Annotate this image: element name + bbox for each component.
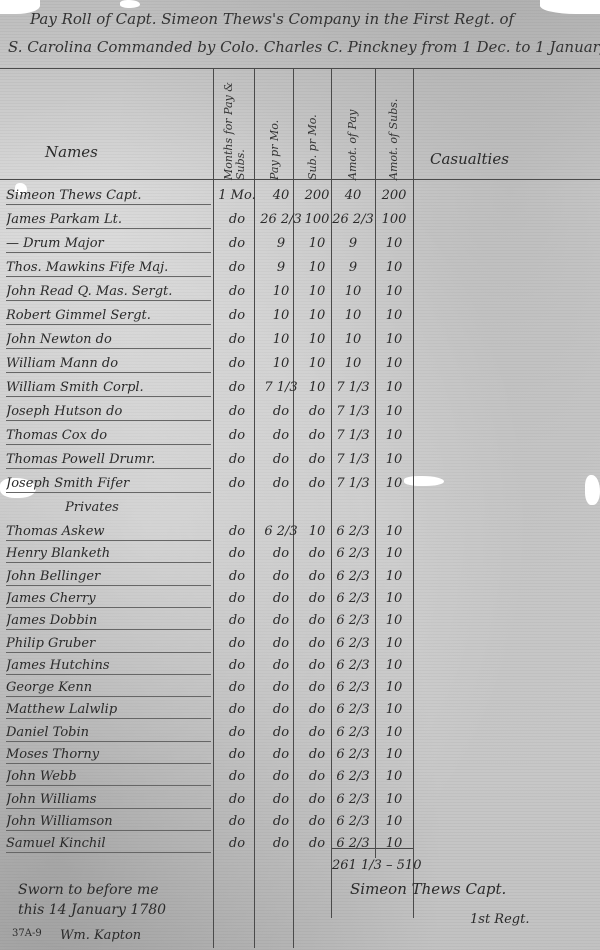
table-row: William Mann dodo10101010 (0, 354, 415, 376)
pay-cell: do (259, 725, 303, 740)
table-row: Moses Thornydododo6 2/310 (0, 745, 415, 767)
table-row: William Smith Corpl.do7 1/3107 1/310 (0, 378, 415, 400)
subs-cell: 10 (303, 308, 331, 323)
amount-subs-cell: 10 (375, 613, 413, 628)
amount-subs-cell: 10 (375, 452, 413, 467)
amount-subs-cell: 10 (375, 380, 413, 395)
amount-subs-cell: 10 (375, 308, 413, 323)
soldier-name: James Dobbin (6, 613, 211, 630)
subs-cell: 10 (303, 380, 331, 395)
totals-row: 261 1/3 – 510 (332, 858, 421, 873)
amount-pay-cell: 7 1/3 (331, 452, 375, 467)
months-cell: do (215, 725, 259, 740)
subs-cell: do (303, 636, 331, 651)
amount-pay-cell: 6 2/3 (331, 636, 375, 651)
table-row: James Parkam Lt.do26 2/310026 2/3100 (0, 210, 415, 232)
subs-cell: do (303, 658, 331, 673)
amount-subs-cell: 10 (375, 747, 413, 762)
pay-cell: 10 (259, 356, 303, 371)
pay-cell: do (259, 404, 303, 419)
soldier-name: Daniel Tobin (6, 725, 211, 742)
soldier-name: John Williamson (6, 814, 211, 831)
amount-pay-cell: 6 2/3 (331, 792, 375, 807)
soldier-name: James Hutchins (6, 658, 211, 675)
regiment-note: 1st Regt. (470, 912, 529, 927)
months-cell: do (215, 591, 259, 606)
amount-subs-cell: 10 (375, 792, 413, 807)
months-cell: do (215, 680, 259, 695)
subs-cell: 10 (303, 356, 331, 371)
months-cell: do (215, 836, 259, 851)
amount-subs-column-header: Amot. of Subs. (375, 80, 413, 180)
table-row: Robert Gimmel Sergt.do10101010 (0, 306, 415, 328)
sworn-line-2: this 14 January 1780 (18, 900, 166, 920)
captain-signature: Simeon Thews Capt. (350, 880, 506, 898)
subs-cell: do (303, 814, 331, 829)
table-row: James Cherrydododo6 2/310 (0, 589, 415, 611)
months-cell: do (215, 332, 259, 347)
amount-subs-cell: 10 (375, 404, 413, 419)
amount-pay-cell: 6 2/3 (331, 613, 375, 628)
subs-cell: do (303, 546, 331, 561)
soldier-name: — Drum Major (6, 236, 211, 253)
soldier-name: Thomas Powell Drumr. (6, 452, 211, 469)
table-row: Joseph Hutson dodododo7 1/310 (0, 402, 415, 424)
pay-cell: 26 2/3 (259, 212, 303, 227)
amount-pay-cell: 6 2/3 (331, 769, 375, 784)
subs-cell: do (303, 836, 331, 851)
amount-pay-cell: 7 1/3 (331, 476, 375, 491)
document-title-line-2: S. Carolina Commanded by Colo. Charles C… (8, 38, 568, 56)
table-row: Samuel Kinchildododo6 2/310 (0, 834, 415, 856)
pay-cell: do (259, 428, 303, 443)
table-row: — Drum Majordo910910 (0, 234, 415, 256)
subs-cell: 200 (303, 188, 331, 203)
subs-cell: do (303, 702, 331, 717)
soldier-name: Matthew Lalwlip (6, 702, 211, 719)
sworn-line-1: Sworn to before me (18, 880, 166, 900)
amount-subs-cell: 10 (375, 356, 413, 371)
amount-subs-cell: 10 (375, 428, 413, 443)
names-column-header: Names (45, 143, 98, 161)
pay-cell: do (259, 814, 303, 829)
amount-pay-cell: 6 2/3 (331, 836, 375, 851)
amount-pay-cell: 7 1/3 (331, 404, 375, 419)
months-cell: do (215, 546, 259, 561)
amount-pay-cell: 7 1/3 (331, 428, 375, 443)
months-cell: 1 Mo. (215, 188, 259, 203)
amount-subs-cell: 200 (375, 188, 413, 203)
amount-subs-cell: 10 (375, 836, 413, 851)
soldier-name: John Webb (6, 769, 211, 786)
amount-pay-cell: 7 1/3 (331, 380, 375, 395)
amount-pay-cell: 10 (331, 356, 375, 371)
table-row: Simeon Thews Capt.1 Mo.4020040200 (0, 186, 415, 208)
amount-pay-cell: 9 (331, 236, 375, 251)
table-row: John Bellingerdododo6 2/310 (0, 567, 415, 589)
soldier-name: George Kenn (6, 680, 211, 697)
pay-cell: 6 2/3 (259, 524, 303, 539)
table-row: Daniel Tobindododo6 2/310 (0, 723, 415, 745)
pay-cell: do (259, 476, 303, 491)
paper-hole (585, 475, 600, 505)
amount-pay-cell: 6 2/3 (331, 680, 375, 695)
pay-cell: do (259, 569, 303, 584)
soldier-name: Henry Blanketh (6, 546, 211, 563)
amount-subs-cell: 10 (375, 591, 413, 606)
subs-cell: 10 (303, 236, 331, 251)
months-cell: do (215, 569, 259, 584)
pay-cell: 10 (259, 308, 303, 323)
subs-cell: do (303, 747, 331, 762)
pay-cell: do (259, 591, 303, 606)
table-row: John Webbdododo6 2/310 (0, 767, 415, 789)
table-row: Henry Blankethdododo6 2/310 (0, 544, 415, 566)
months-cell: do (215, 769, 259, 784)
subs-cell: do (303, 792, 331, 807)
soldier-name: Moses Thorny (6, 747, 211, 764)
pay-cell: do (259, 636, 303, 651)
subs-cell: do (303, 769, 331, 784)
soldier-name: John Newton do (6, 332, 211, 349)
pay-cell: 10 (259, 332, 303, 347)
months-cell: do (215, 792, 259, 807)
months-cell: do (215, 308, 259, 323)
soldier-name: James Parkam Lt. (6, 212, 211, 229)
months-cell: do (215, 356, 259, 371)
months-cell: do (215, 814, 259, 829)
table-row: James Hutchinsdododo6 2/310 (0, 656, 415, 678)
soldier-name: Thomas Cox do (6, 428, 211, 445)
amount-pay-cell: 6 2/3 (331, 702, 375, 717)
table-row: John Williamsdododo6 2/310 (0, 790, 415, 812)
pay-cell: do (259, 747, 303, 762)
amount-pay-cell: 26 2/3 (331, 212, 375, 227)
amount-subs-cell: 10 (375, 524, 413, 539)
soldier-name: Joseph Hutson do (6, 404, 211, 421)
amount-pay-cell: 6 2/3 (331, 725, 375, 740)
amount-subs-cell: 10 (375, 236, 413, 251)
amount-subs-cell: 10 (375, 569, 413, 584)
subs-cell: do (303, 404, 331, 419)
subs-cell: 10 (303, 332, 331, 347)
subs-cell: 10 (303, 524, 331, 539)
months-cell: do (215, 524, 259, 539)
table-row: Thomas Powell Drumr.dododo7 1/310 (0, 450, 415, 472)
amount-pay-cell: 9 (331, 260, 375, 275)
months-cell: do (215, 747, 259, 762)
pay-cell: do (259, 702, 303, 717)
amount-subs-cell: 100 (375, 212, 413, 227)
soldier-name: John Bellinger (6, 569, 211, 586)
subs-cell: do (303, 569, 331, 584)
amount-pay-cell: 10 (331, 308, 375, 323)
witness-signature: Wm. Kapton (60, 928, 141, 943)
table-row: Thomas Cox dodododo7 1/310 (0, 426, 415, 448)
table-row: James Dobbindododo6 2/310 (0, 611, 415, 633)
soldier-name: James Cherry (6, 591, 211, 608)
table-row: Thos. Mawkins Fife Maj.do910910 (0, 258, 415, 280)
pay-column-header: Pay pr Mo. (256, 80, 294, 180)
amount-pay-cell: 6 2/3 (331, 546, 375, 561)
amount-pay-cell: 40 (331, 188, 375, 203)
total-amount-subs: 510 (397, 858, 422, 873)
months-cell: do (215, 658, 259, 673)
months-cell: do (215, 212, 259, 227)
soldier-name: Joseph Smith Fifer (6, 476, 211, 493)
amount-pay-cell: 6 2/3 (331, 569, 375, 584)
pay-cell: do (259, 452, 303, 467)
subs-cell: do (303, 613, 331, 628)
table-row: Joseph Smith Fiferdododo7 1/310 (0, 474, 415, 496)
amount-subs-cell: 10 (375, 260, 413, 275)
subs-cell: do (303, 680, 331, 695)
soldier-name: William Mann do (6, 356, 211, 373)
pay-cell: 9 (259, 260, 303, 275)
subs-cell: do (303, 725, 331, 740)
soldier-name: Thomas Askew (6, 524, 211, 541)
amount-pay-column-header: Amot. of Pay (334, 80, 372, 180)
table-row: Thomas Askewdo6 2/3106 2/310 (0, 522, 415, 544)
months-cell: do (215, 284, 259, 299)
subs-cell: 100 (303, 212, 331, 227)
months-cell: do (215, 260, 259, 275)
amount-pay-cell: 6 2/3 (331, 814, 375, 829)
soldier-name: Robert Gimmel Sergt. (6, 308, 211, 325)
subs-cell: do (303, 428, 331, 443)
pay-cell: 10 (259, 284, 303, 299)
soldier-name: Samuel Kinchil (6, 836, 211, 853)
soldier-name: John Williams (6, 792, 211, 809)
amount-subs-cell: 10 (375, 702, 413, 717)
months-cell: do (215, 476, 259, 491)
soldier-name: Philip Gruber (6, 636, 211, 653)
subs-cell: do (303, 452, 331, 467)
amount-subs-cell: 10 (375, 658, 413, 673)
amount-subs-cell: 10 (375, 680, 413, 695)
amount-pay-cell: 10 (331, 284, 375, 299)
amount-subs-cell: 10 (375, 546, 413, 561)
amount-subs-cell: 10 (375, 332, 413, 347)
months-cell: do (215, 236, 259, 251)
amount-pay-cell: 6 2/3 (331, 658, 375, 673)
months-cell: do (215, 613, 259, 628)
soldier-name: Simeon Thews Capt. (6, 188, 211, 205)
months-cell: do (215, 404, 259, 419)
header-top-rule (0, 68, 600, 69)
months-column-header: Months for Pay & Subs. (216, 80, 254, 180)
amount-subs-cell: 10 (375, 636, 413, 651)
amount-subs-cell: 10 (375, 814, 413, 829)
pay-cell: do (259, 680, 303, 695)
table-row: John Williamsondododo6 2/310 (0, 812, 415, 834)
subs-column-header: Sub. pr Mo. (294, 80, 332, 180)
pay-cell: 7 1/3 (259, 380, 303, 395)
months-cell: do (215, 702, 259, 717)
amount-subs-cell: 10 (375, 284, 413, 299)
amount-subs-cell: 10 (375, 725, 413, 740)
pay-cell: 9 (259, 236, 303, 251)
amount-subs-cell: 10 (375, 476, 413, 491)
amount-pay-cell: 6 2/3 (331, 524, 375, 539)
archive-stamp: 37A-9 (12, 928, 42, 939)
table-row: George Kenndododo6 2/310 (0, 678, 415, 700)
pay-cell: 40 (259, 188, 303, 203)
total-amount-pay: 261 1/3 (332, 858, 382, 873)
amount-pay-cell: 6 2/3 (331, 591, 375, 606)
pay-cell: do (259, 792, 303, 807)
amount-pay-cell: 6 2/3 (331, 747, 375, 762)
soldier-name: Thos. Mawkins Fife Maj. (6, 260, 211, 277)
subs-cell: do (303, 476, 331, 491)
amount-pay-cell: 10 (331, 332, 375, 347)
subs-cell: 10 (303, 284, 331, 299)
months-cell: do (215, 380, 259, 395)
table-row: Philip Gruberdododo6 2/310 (0, 634, 415, 656)
casualties-column-header: Casualties (430, 150, 509, 168)
table-row: John Read Q. Mas. Sergt.do10101010 (0, 282, 415, 304)
months-cell: do (215, 636, 259, 651)
soldier-name: William Smith Corpl. (6, 380, 211, 397)
paper-tear (120, 0, 140, 8)
privates-section-label: Privates (65, 500, 119, 515)
table-row: Matthew Lalwlipdododo6 2/310 (0, 700, 415, 722)
pay-cell: do (259, 546, 303, 561)
subs-cell: 10 (303, 260, 331, 275)
pay-cell: do (259, 613, 303, 628)
sworn-statement: Sworn to before me this 14 January 1780 (18, 880, 166, 920)
pay-cell: do (259, 658, 303, 673)
pay-cell: do (259, 836, 303, 851)
subs-cell: do (303, 591, 331, 606)
table-row: John Newton dodo10101010 (0, 330, 415, 352)
amount-subs-cell: 10 (375, 769, 413, 784)
months-cell: do (215, 428, 259, 443)
document-title-line-1: Pay Roll of Capt. Simeon Thews's Company… (30, 10, 590, 28)
pay-cell: do (259, 769, 303, 784)
months-cell: do (215, 452, 259, 467)
soldier-name: John Read Q. Mas. Sergt. (6, 284, 211, 301)
